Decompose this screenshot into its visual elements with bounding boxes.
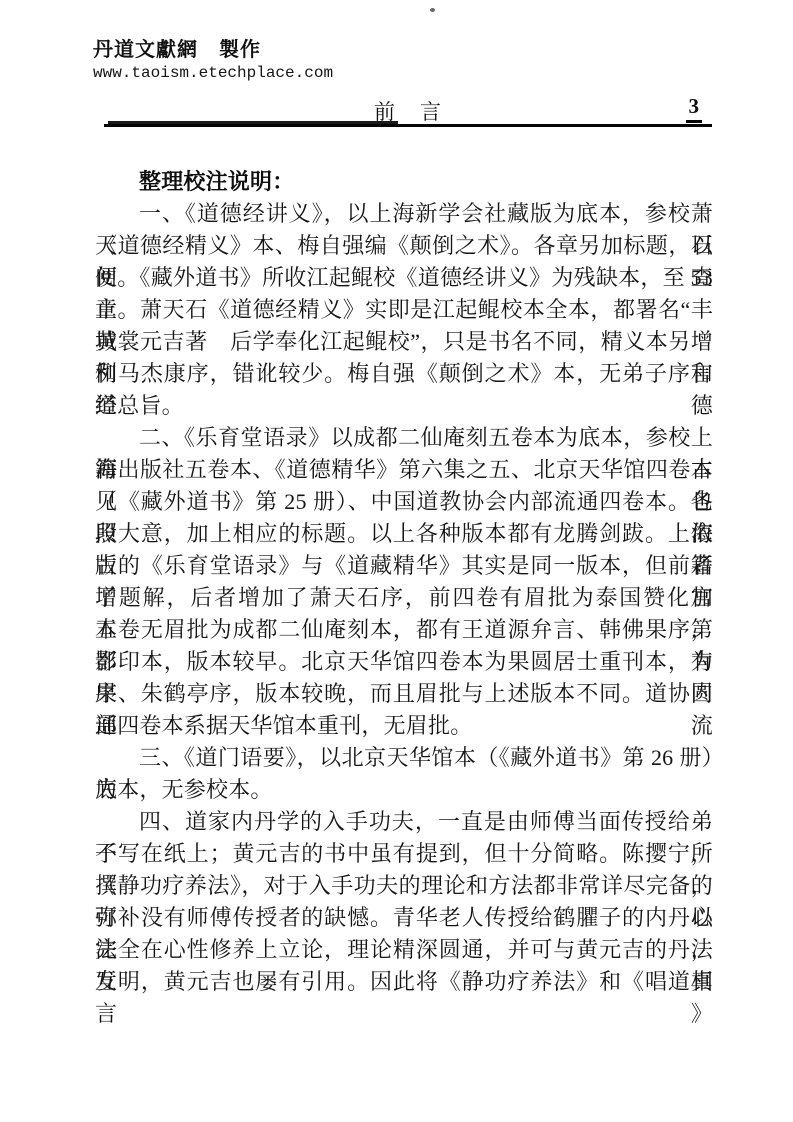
text-line: 影印本，版本较早。北京天华馆四卷本为果圆居士重刊本，有果圆 [95,646,713,678]
text-line: 止。萧天石《道德经精义》实即是江起鲲校本全本，都署名“丰城 [95,294,713,326]
text-line: 黄裳元吉著 后学奉化江起鲲校”，只是书名不同，精义本另增例言 [95,326,713,358]
text-line: 发明，黄元吉也屡有引用。因此将《静功疗养法》和《唱道真言》 [95,966,713,998]
scan-artifact-dot [430,8,435,12]
text-line: 了题解，后者增加了萧天石序，前四卷有眉批为泰国赞化宫本，第 [95,582,713,614]
text-line: 《静功疗养法》，对于入手功夫的理论和方法都非常详尽完备，可以 [95,870,713,902]
text-line: 不写在纸上；黄元吉的书中虽有提到，但十分简略。陈撄宁所撰的 [95,838,713,870]
text-line: 照大意，加上相应的标题。以上各种版本都有龙腾剑跋。上海古籍 [95,518,713,550]
text-line: 《道德经精义》本、梅自强编《颠倒之术》。各章另加标题，以便查 [95,230,713,262]
watermark-credit: 丹道文獻網 製作 www.taoism.etechplace.com [93,38,333,84]
text-line: 阅。《藏外道书》所收江起鲲校《道德经讲义》为残缺本，至 53 章 [95,262,713,294]
page-number: 3 [686,94,703,123]
text-line: 三、《道门语要》，以北京天华馆本（《藏外道书》第 26 册）为 [95,742,713,774]
text-line: 序、朱鹤亭序，版本较晚，而且眉批与上述版本不同。道协内部流 [95,678,713,710]
text-line: 完全在心性修养上立论，理论精深圆通，并可与黄元吉的丹法互相 [95,934,713,966]
text-line: 和马杰康序，错讹较少。梅自强《颠倒之术》本，无弟子序和道德 [95,358,713,390]
text-line: 版的《乐育堂语录》与《道藏精华》其实是同一版本，但前者增加 [95,550,713,582]
running-header: 前 言 3 [105,96,712,122]
text-line: 一、《道德经讲义》，以上海新学会社藏版为底本，参校萧天石 [95,198,713,230]
text-line: 底本，无参校本。 [95,774,713,806]
watermark-publisher: 丹道文獻網 製作 [93,38,333,62]
watermark-url: www.taoism.etechplace.com [93,62,333,84]
text-block: 整理校注说明： 一、《道德经讲义》，以上海新学会社藏版为底本，参校萧天石 《道德… [95,166,713,998]
text-line: 四、道家内丹学的入手功夫，一直是由师傅当面传授给弟子， [95,806,713,838]
text-line: 五卷无眉批为成都二仙庵刻本，都有王道源弁言、韩佛果序，都为 [95,614,713,646]
text-line: 弥补没有师傅传授者的缺憾。青华老人传授给鹤臞子的内丹心法， [95,902,713,934]
scanned-book-page: 丹道文獻網 製作 www.taoism.etechplace.com 前 言 3… [0,0,793,1122]
section-heading: 整理校注说明： [95,166,713,198]
text-line: 见《藏外道书》第 25 册）、中国道教协会内部流通四卷本。各段依 [95,486,713,518]
text-line: 二、《乐育堂语录》以成都二仙庵刻五卷本为底本，参校上海古 [95,422,713,454]
header-rule [104,124,712,127]
text-line: 籍出版社五卷本、《道德精华》第六集之五、北京天华馆四卷本（也 [95,454,713,486]
